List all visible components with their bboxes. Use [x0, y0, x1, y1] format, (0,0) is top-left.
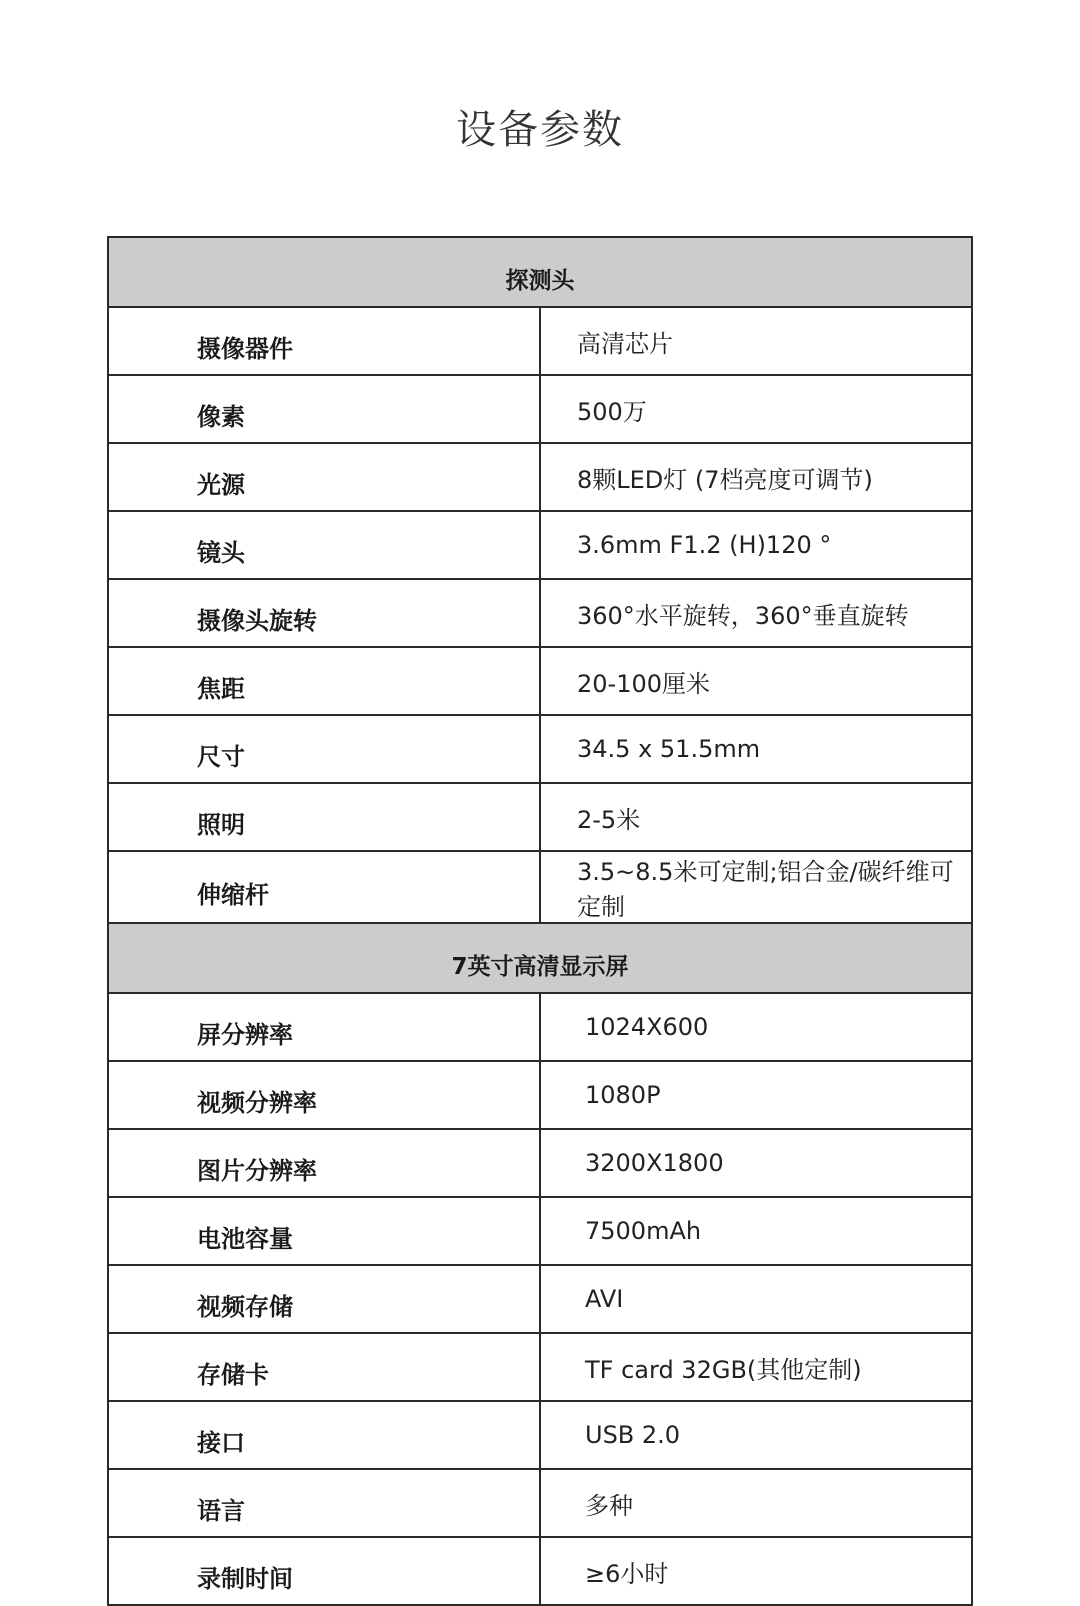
spec-value: ≥6小时 [540, 1537, 972, 1605]
spec-value: 3200X1800 [540, 1129, 972, 1197]
spec-value: 2-5米 [540, 783, 972, 851]
table-row: 语言多种 [108, 1469, 972, 1537]
spec-value: 3.6mm F1.2 (H)120 ° [540, 511, 972, 579]
section-heading: 探测头 [108, 237, 972, 307]
spec-value: 1080P [540, 1061, 972, 1129]
spec-value: 20-100厘米 [540, 647, 972, 715]
spec-table: 探测头 摄像器件高清芯片 像素500万 光源8颗LED灯 (7档亮度可调节) 镜… [107, 236, 973, 1606]
spec-value: 500万 [540, 375, 972, 443]
table-row: 伸缩杆3.5~8.5米可定制;铝合金/碳纤维可定制 [108, 851, 972, 923]
table-row: 电池容量7500mAh [108, 1197, 972, 1265]
spec-label: 尺寸 [108, 715, 540, 783]
table-row: 光源8颗LED灯 (7档亮度可调节) [108, 443, 972, 511]
spec-value: AVI [540, 1265, 972, 1333]
spec-value: TF card 32GB(其他定制) [540, 1333, 972, 1401]
spec-label: 光源 [108, 443, 540, 511]
table-row: 尺寸34.5 x 51.5mm [108, 715, 972, 783]
spec-label: 存储卡 [108, 1333, 540, 1401]
spec-label: 录制时间 [108, 1537, 540, 1605]
spec-label: 焦距 [108, 647, 540, 715]
spec-label: 照明 [108, 783, 540, 851]
spec-label: 摄像头旋转 [108, 579, 540, 647]
table-row: 视频分辨率1080P [108, 1061, 972, 1129]
table-row: 像素500万 [108, 375, 972, 443]
page-title: 设备参数 [0, 100, 1080, 160]
table-row: 镜头3.6mm F1.2 (H)120 ° [108, 511, 972, 579]
spec-label: 视频分辨率 [108, 1061, 540, 1129]
table-row: 屏分辨率1024X600 [108, 993, 972, 1061]
spec-label: 接口 [108, 1401, 540, 1469]
table-row: 录制时间≥6小时 [108, 1537, 972, 1605]
spec-label: 像素 [108, 375, 540, 443]
spec-value: 34.5 x 51.5mm [540, 715, 972, 783]
spec-label: 语言 [108, 1469, 540, 1537]
spec-value: 多种 [540, 1469, 972, 1537]
spec-value: 360°水平旋转，360°垂直旋转 [540, 579, 972, 647]
table-row: 图片分辨率3200X1800 [108, 1129, 972, 1197]
section-header-display: 7英寸高清显示屏 [108, 923, 972, 993]
section-heading: 7英寸高清显示屏 [108, 923, 972, 993]
table-row: 焦距20-100厘米 [108, 647, 972, 715]
spec-value: 高清芯片 [540, 307, 972, 375]
spec-value: 3.5~8.5米可定制;铝合金/碳纤维可定制 [540, 851, 972, 923]
table-row: 摄像器件高清芯片 [108, 307, 972, 375]
spec-value: 8颗LED灯 (7档亮度可调节) [540, 443, 972, 511]
spec-label: 伸缩杆 [108, 851, 540, 923]
table-row: 摄像头旋转360°水平旋转，360°垂直旋转 [108, 579, 972, 647]
spec-label: 摄像器件 [108, 307, 540, 375]
table-row: 视频存储AVI [108, 1265, 972, 1333]
table-row: 存储卡TF card 32GB(其他定制) [108, 1333, 972, 1401]
table-row: 照明2-5米 [108, 783, 972, 851]
table-row: 接口USB 2.0 [108, 1401, 972, 1469]
spec-value: USB 2.0 [540, 1401, 972, 1469]
spec-label: 视频存储 [108, 1265, 540, 1333]
spec-label: 镜头 [108, 511, 540, 579]
spec-label: 屏分辨率 [108, 993, 540, 1061]
spec-value: 7500mAh [540, 1197, 972, 1265]
section-header-probe: 探测头 [108, 237, 972, 307]
spec-label: 电池容量 [108, 1197, 540, 1265]
spec-value: 1024X600 [540, 993, 972, 1061]
spec-label: 图片分辨率 [108, 1129, 540, 1197]
